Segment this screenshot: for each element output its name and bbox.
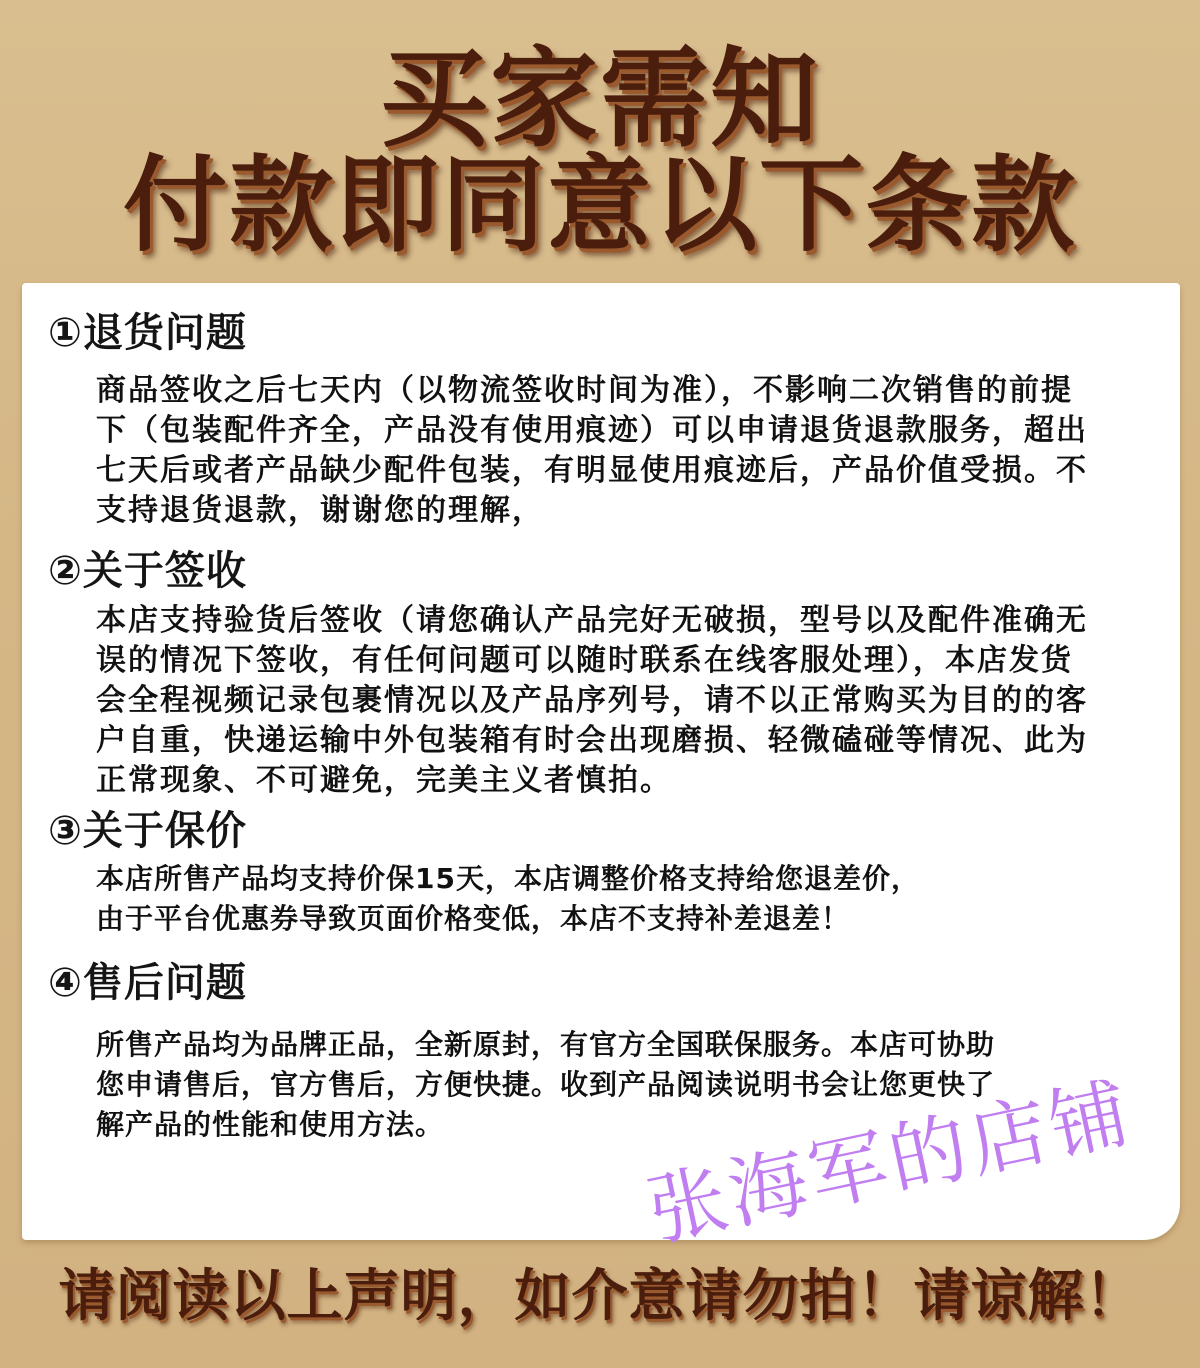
paragraph-line: 七天后或者产品缺少配件包装，有明显使用痕迹后，产品价值受损。不 (96, 451, 1136, 491)
section-paragraph: 本店支持验货后签收（请您确认产品完好无破损，型号以及配件准确无 误的情况下签收，… (96, 601, 1136, 801)
paragraph-line: 下（包装配件齐全，产品没有使用痕迹）可以申请退货退款服务，超出 (96, 411, 1136, 451)
section-title-text: 关于保价 (83, 808, 247, 854)
section-title-text: 关于签收 (83, 548, 247, 594)
section-title: ①退货问题 (48, 309, 247, 357)
paragraph-line: 支持退货退款，谢谢您的理解， (96, 491, 1136, 531)
section-title: ④售后问题 (48, 959, 247, 1007)
section-title: ③关于保价 (48, 807, 247, 855)
section-title: ②关于签收 (48, 547, 247, 595)
paragraph-line: 户自重，快递运输中外包装箱有时会出现磨损、轻微磕碰等情况、此为 (96, 721, 1136, 761)
paragraph-line: 误的情况下签收，有任何问题可以随时联系在线客服处理），本店发货 (96, 641, 1136, 681)
circled-number-1: ① (48, 310, 83, 356)
headline-payment-agreement: 付款即同意以下条款 (0, 146, 1200, 264)
paragraph-line: 本店支持验货后签收（请您确认产品完好无破损，型号以及配件准确无 (96, 601, 1136, 641)
headline-buyer-notice: 买家需知 (0, 40, 1200, 160)
section-title-text: 售后问题 (83, 960, 247, 1006)
paragraph-line: 正常现象、不可避免，完美主义者慎拍。 (96, 761, 1136, 801)
paragraph-line: 商品签收之后七天内（以物流签收时间为准），不影响二次销售的前提 (96, 371, 1136, 411)
footer-notice: 请阅读以上声明，如介意请勿拍！请谅解！ (0, 1262, 1200, 1332)
paragraph-line: 会全程视频记录包裹情况以及产品序列号，请不以正常购买为目的的客 (96, 681, 1136, 721)
section-paragraph: 本店所售产品均支持价保15天，本店调整价格支持给您退差价， 由于平台优惠券导致页… (96, 859, 1136, 939)
section-title-text: 退货问题 (83, 310, 247, 356)
circled-number-2: ② (48, 548, 83, 594)
section-paragraph: 商品签收之后七天内（以物流签收时间为准），不影响二次销售的前提 下（包装配件齐全… (96, 371, 1136, 531)
circled-number-3: ③ (48, 808, 83, 854)
circled-number-4: ④ (48, 960, 83, 1006)
paragraph-line: 本店所售产品均支持价保15天，本店调整价格支持给您退差价， (96, 859, 1136, 899)
paragraph-line: 所售产品均为品牌正品，全新原封，有官方全国联保服务。本店可协助 (96, 1025, 1136, 1065)
paragraph-line: 由于平台优惠券导致页面价格变低，本店不支持补差退差！ (96, 899, 1136, 939)
